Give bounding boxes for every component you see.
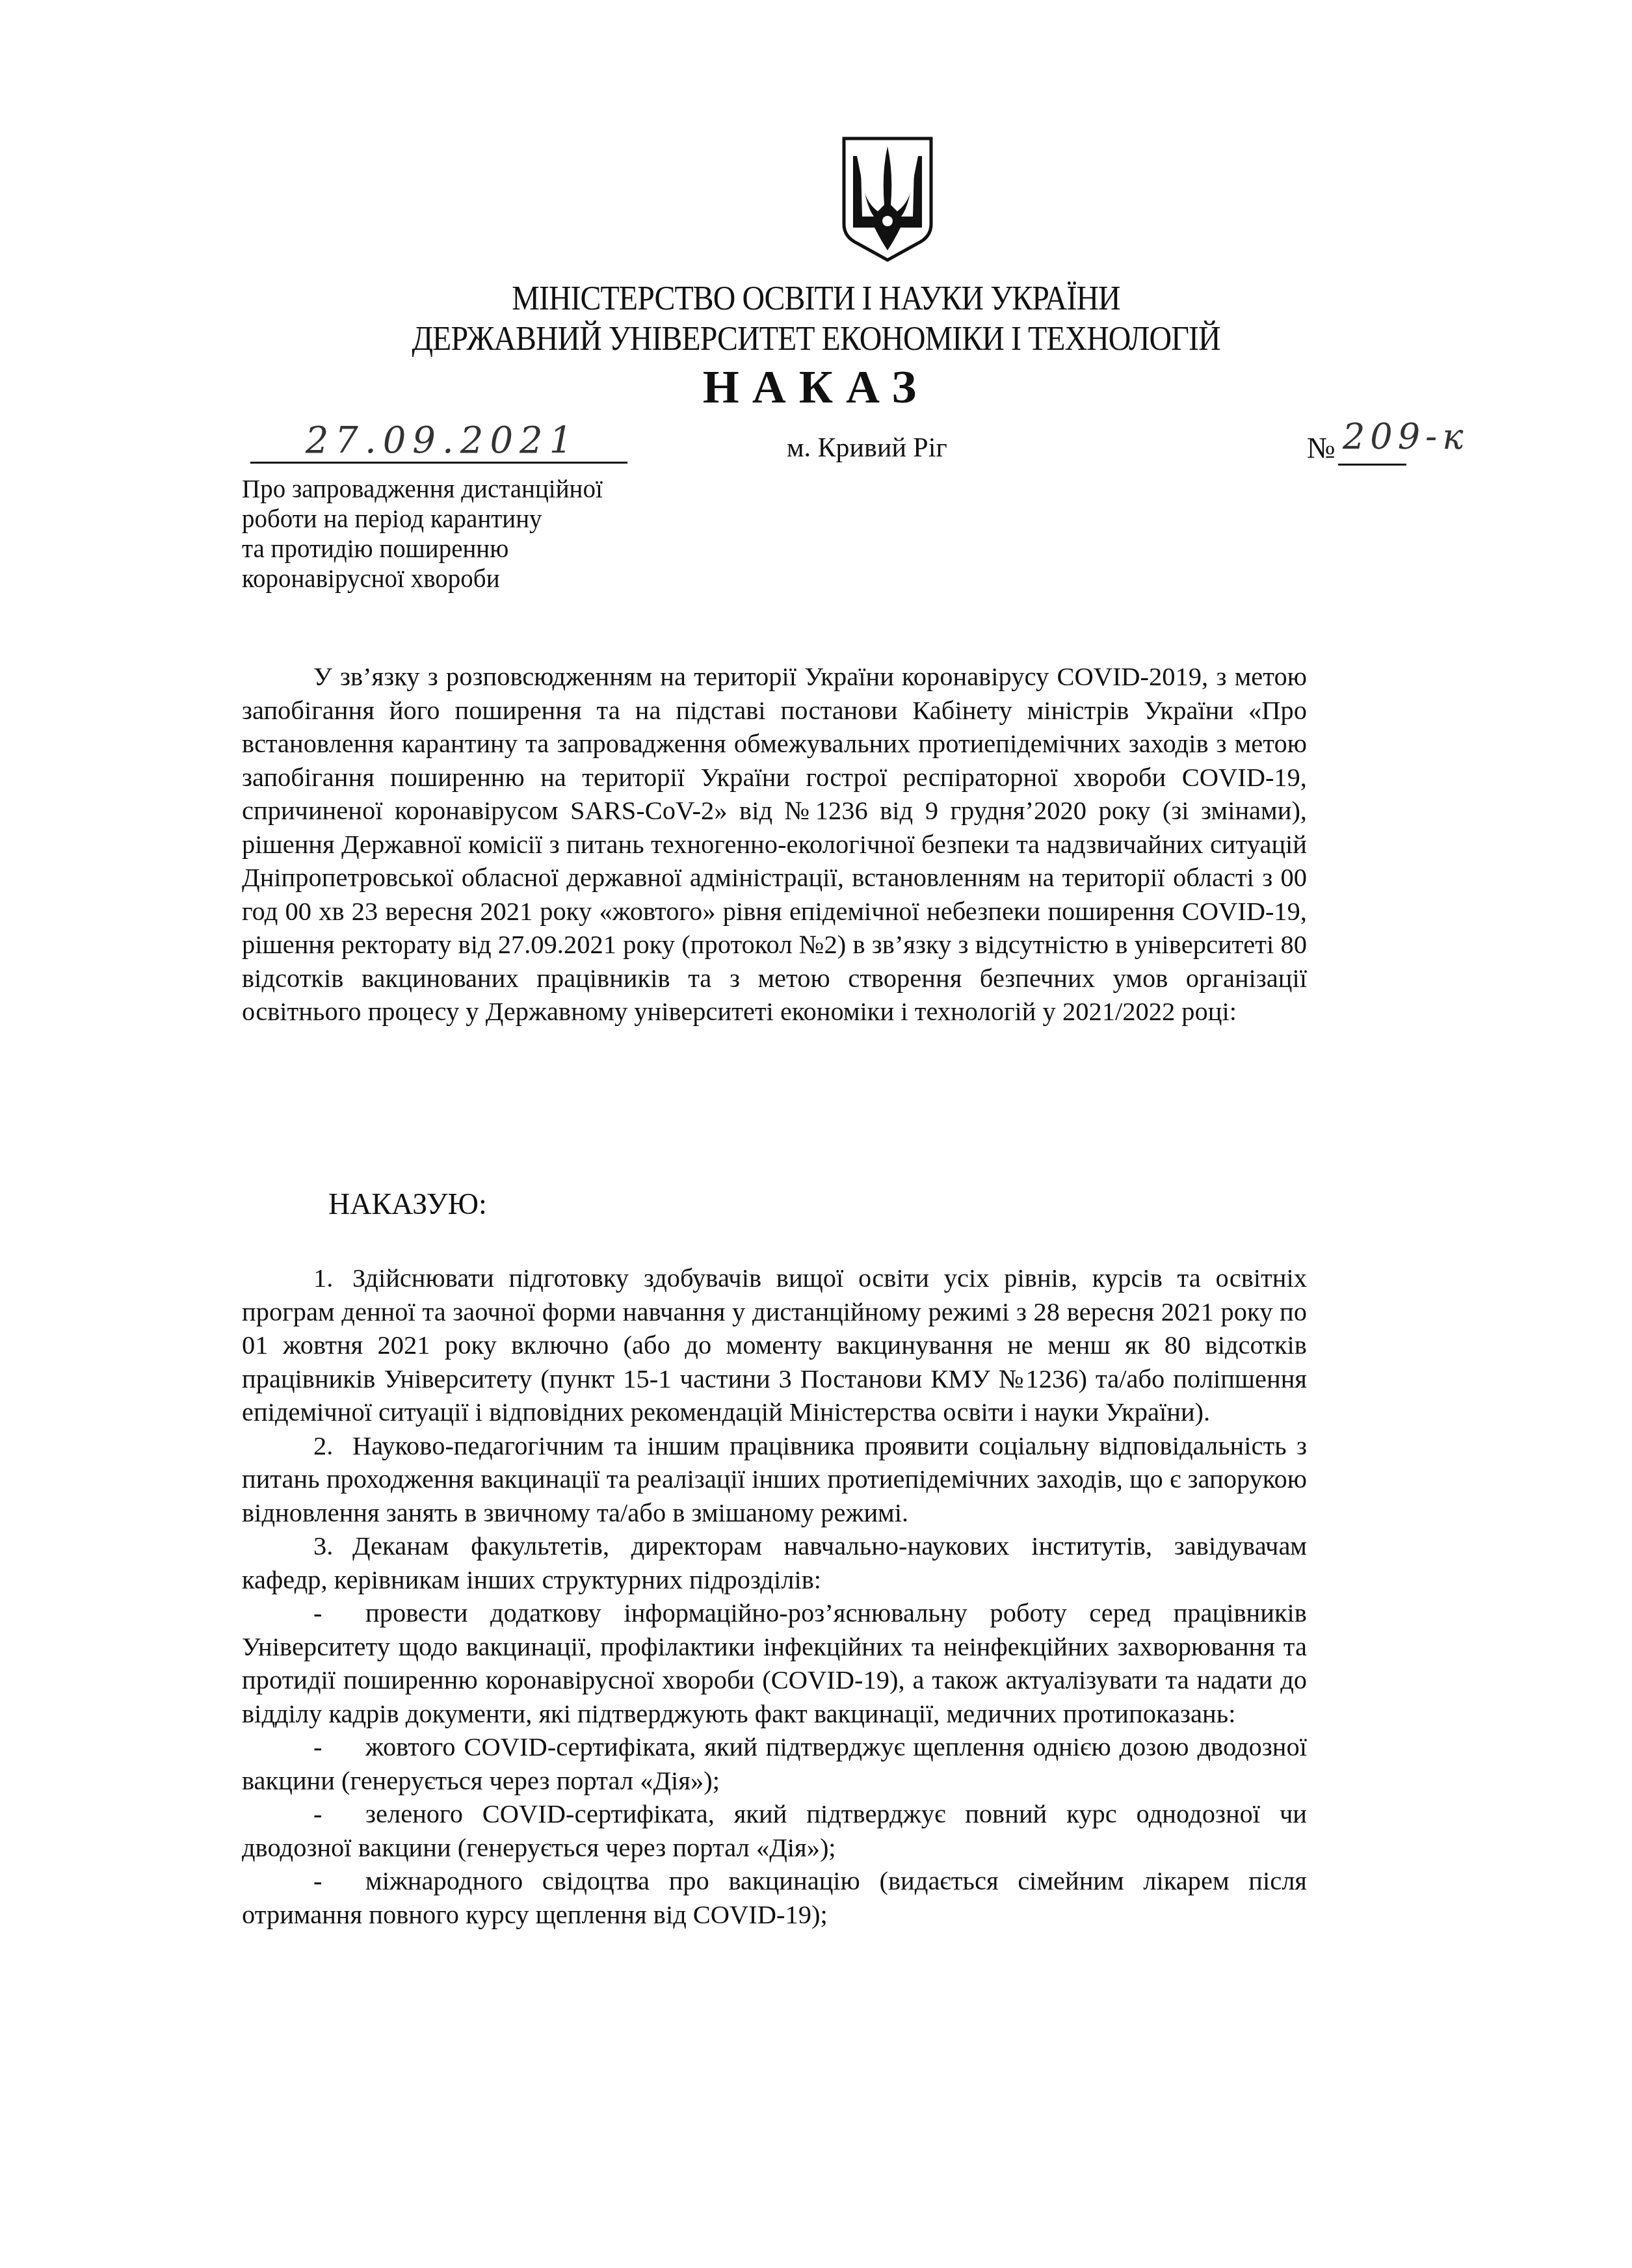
- subject-line: Про запровадження дистанційної: [242, 475, 749, 505]
- sub-item: -провести додаткову інформаційно-роз’ясн…: [242, 1596, 1307, 1730]
- dash-marker: -: [313, 1596, 365, 1630]
- sub-item: -міжнародного свідоцтва про вакцинацію (…: [242, 1864, 1307, 1931]
- item-text: Деканам факультетів, директорам навчальн…: [242, 1531, 1307, 1594]
- sub-item-text: провести додаткову інформаційно-роз’ясню…: [242, 1598, 1307, 1728]
- document-page: МІНІСТЕРСТВО ОСВІТИ І НАУКИ УКРАЇНИ ДЕРЖ…: [0, 0, 1632, 2268]
- handwritten-date: 27.09.2021: [267, 419, 618, 462]
- handwritten-order-number: 209-к: [1343, 416, 1512, 457]
- ministry-name: МІНІСТЕРСТВО ОСВІТИ І НАУКИ УКРАЇНИ: [65, 280, 1566, 319]
- document-type-title: НАКАЗ: [0, 361, 1632, 413]
- sub-item-text: міжнародного свідоцтва про вакцинацію (в…: [242, 1866, 1307, 1929]
- preamble-section: У зв’язку з розповсюдженням на території…: [242, 660, 1307, 1029]
- city-label: м. Кривий Ріг: [787, 432, 947, 464]
- dash-marker: -: [313, 1730, 365, 1764]
- subject-line: коронавірусної хвороби: [242, 564, 749, 594]
- sub-item: -жовтого COVID-сертифіката, який підтвер…: [242, 1730, 1307, 1797]
- order-subject: Про запровадження дистанційної роботи на…: [242, 475, 749, 594]
- item-number: 2.: [313, 1429, 352, 1463]
- item-number: 3.: [313, 1529, 352, 1563]
- number-underline: [1338, 464, 1406, 466]
- date-underline: [250, 462, 627, 464]
- item-text: Науково-педагогічним та іншим працівника…: [242, 1431, 1307, 1527]
- university-name: ДЕРЖАВНИЙ УНІВЕРСИТЕТ ЕКОНОМІКИ І ТЕХНОЛ…: [65, 320, 1566, 359]
- item-text: Здійснювати підготовку здобувачів вищої …: [242, 1263, 1307, 1427]
- order-heading: НАКАЗУЮ:: [328, 1187, 487, 1221]
- subject-line: роботи на період карантину: [242, 505, 749, 534]
- dash-marker: -: [313, 1797, 365, 1831]
- trident-emblem-icon: [839, 133, 936, 263]
- dash-marker: -: [313, 1864, 365, 1898]
- sub-item: -зеленого COVID-сертифіката, який підтве…: [242, 1797, 1307, 1864]
- order-item: 2.Науково-педагогічним та іншим працівни…: [242, 1429, 1307, 1530]
- item-number: 1.: [313, 1261, 352, 1295]
- preamble-paragraph: У зв’язку з розповсюдженням на території…: [242, 660, 1307, 1029]
- order-item: 1.Здійснювати підготовку здобувачів вищо…: [242, 1261, 1307, 1429]
- sub-item-text: зеленого COVID-сертифіката, який підтвер…: [242, 1799, 1307, 1862]
- subject-line: та протидію поширенню: [242, 534, 749, 564]
- sub-item-text: жовтого COVID-сертифіката, який підтверд…: [242, 1732, 1307, 1795]
- order-items: 1.Здійснювати підготовку здобувачів вищо…: [242, 1261, 1307, 1931]
- order-number-label: №: [1307, 430, 1336, 465]
- order-item: 3.Деканам факультетів, директорам навчал…: [242, 1529, 1307, 1596]
